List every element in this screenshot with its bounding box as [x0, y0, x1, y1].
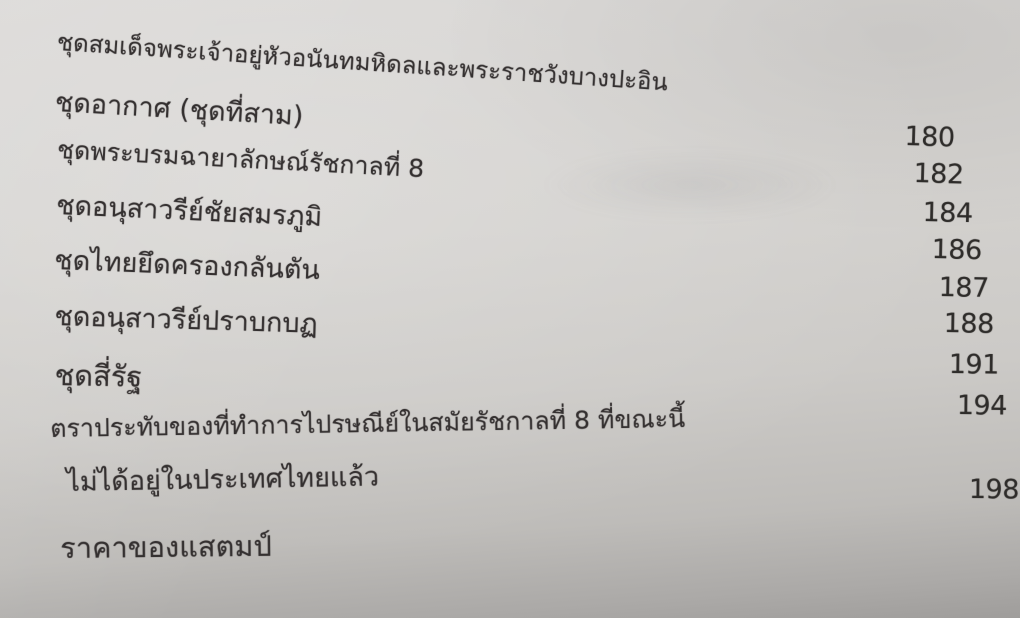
toc-line-7: ชุดสี่รัฐ — [54, 357, 143, 395]
page-number: 182 — [913, 158, 964, 190]
toc-line-5: ชุดไทยยึดครองกลันตัน — [54, 244, 321, 288]
toc-line-6: ชุดอนุสาวรีย์ปราบกบฏ — [54, 300, 318, 342]
page-number: 187 — [938, 272, 989, 304]
page-number: 186 — [931, 234, 982, 266]
reverse-side-show-through — [540, 150, 840, 220]
toc-line-3: ชุดพระบรมฉายาลักษณ์รัชกาลที่ 8 — [56, 134, 425, 184]
page-number: 180 — [904, 121, 955, 153]
page-number: 184 — [922, 197, 973, 229]
page-number: 188 — [944, 308, 995, 340]
toc-line-10: ราคาของแสตมป์ — [60, 528, 272, 566]
toc-line-9: ไม่ได้อยู่ในประเทศไทยแล้ว — [66, 461, 379, 500]
toc-line-4: ชุดอนุสาวรีย์ชัยสมรภูมิ — [55, 189, 322, 235]
page-number: 191 — [949, 349, 999, 381]
photographed-book-page: ชุดสมเด็จพระเจ้าอยู่หัวอนันทมหิดลและพระร… — [0, 0, 1020, 618]
toc-line-1: ชุดสมเด็จพระเจ้าอยู่หัวอนันทมหิดลและพระร… — [56, 27, 669, 98]
toc-line-8: ตราประทับของที่ทำการไปรษณีย์ในสมัยรัชกาล… — [50, 403, 685, 444]
toc-line-2: ชุดอากาศ (ชุดที่สาม) — [54, 86, 304, 134]
page-number: 194 — [957, 390, 1007, 422]
page-number: 198 — [969, 474, 1019, 505]
